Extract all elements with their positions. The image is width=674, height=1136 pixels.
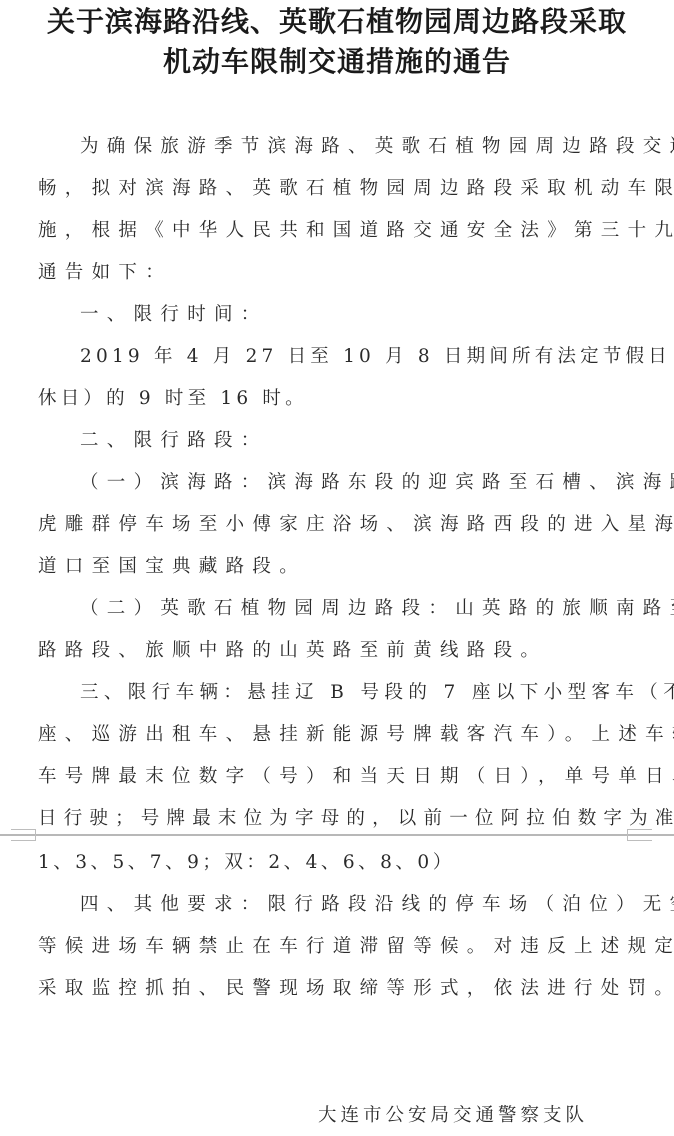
body-line: 1、3、5、7、9；双：2、4、6、8、0） [38,852,626,874]
body-line: 日行驶；号牌最末位为字母的，以前一位阿拉伯数字为准。（单： [38,808,626,830]
section-heading-time: 一、限行时间： [80,304,626,326]
body-line: 施，根据《中华人民共和国道路交通安全法》第三十九条规定， [38,220,626,242]
page-margin-marker-right [627,829,652,841]
document-title-line-2: 机动车限制交通措施的通告 [0,42,674,82]
body-line: 通告如下： [38,262,626,284]
body-line: 虎雕群停车场至小傅家庄浴场、滨海路西段的进入星海湾大桥匝 [38,514,626,536]
body-line: 休日）的 9 时至 16 时。 [38,388,626,410]
body-line: 路路段、旅顺中路的山英路至前黄线路段。 [38,640,626,662]
body-line: 座、巡游出租车、悬挂新能源号牌载客汽车）。上述车辆按机动 [38,724,626,746]
body-line: 为确保旅游季节滨海路、英歌石植物园周边路段交通安全顺 [80,136,626,158]
body-line: 车号牌最末位数字（号）和当天日期（日），单号单日、双号双 [38,766,626,788]
section-heading-vehicles: 三、限行车辆：悬挂辽 B 号段的 7 座以下小型客车（不含 7 [80,682,626,704]
body-line: 2019 年 4 月 27 日至 10 月 8 日期间所有法定节假日（含公 [80,346,626,368]
section-heading-other: 四、其他要求：限行路段沿线的停车场（泊位）无空闲时， [80,894,626,916]
document-title-line-1: 关于滨海路沿线、英歌石植物园周边路段采取 [0,2,674,42]
body-line: （一）滨海路：滨海路东段的迎宾路至石槽、滨海路中段的 [80,472,626,494]
body-line: 采取监控抓拍、民警现场取缔等形式，依法进行处罚。 [38,978,626,1000]
page-break-divider [0,834,674,836]
issuer-signature: 大连市公安局交通警察支队 [318,1101,588,1127]
body-line: 道口至国宝典藏路段。 [38,556,626,578]
body-line: 畅，拟对滨海路、英歌石植物园周边路段采取机动车限制交通措 [38,178,626,200]
page-margin-marker-left [11,829,36,841]
section-heading-roads: 二、限行路段： [80,430,626,452]
body-line: 等候进场车辆禁止在车行道滞留等候。对违反上述规定的车辆将 [38,936,626,958]
body-line: （二）英歌石植物园周边路段：山英路的旅顺南路至旅顺中 [80,598,626,620]
